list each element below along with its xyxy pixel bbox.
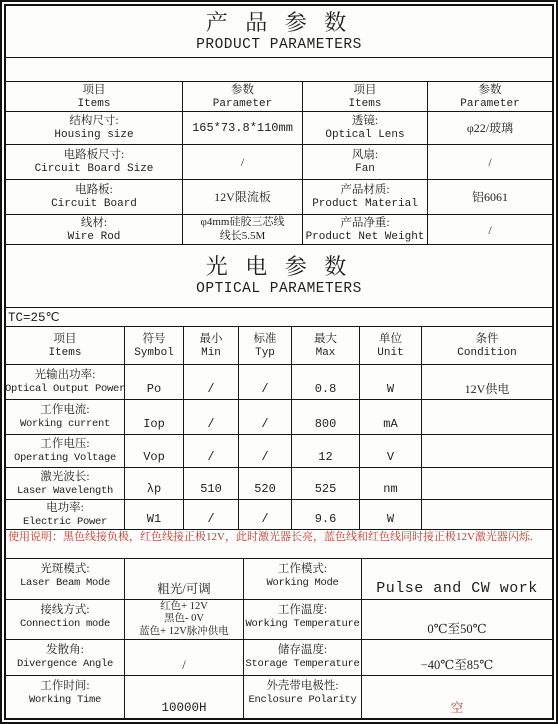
usage-note: 使用说明：黑色线接负极，红色线接正极12V，此时激光器长亮，蓝色线和红色线同时接… <box>6 530 552 559</box>
unit-value: mA <box>383 417 397 431</box>
optical-header-max: 最大 Max <box>292 327 360 365</box>
housing-size-value-cell: 165*73.8*110mm <box>183 112 303 145</box>
max-value: 9.6 <box>315 512 337 526</box>
product-header-parameter-right: 参数 Parameter <box>428 82 552 112</box>
item-label-zh: 风扇: <box>352 148 378 163</box>
item-label-zh: 电路板尺寸: <box>64 148 125 163</box>
working-mode-value-cell: Pulse and CW work <box>362 559 552 600</box>
item-label-en: Working Mode <box>266 577 338 590</box>
wire-rod-value-cell: φ4mm硅胶三芯线 线长5.5M <box>183 215 303 245</box>
product-table: 项目 Items 参数 Parameter 项目 Items 参数 Parame… <box>6 82 552 245</box>
header-label-en: Unit <box>377 347 403 360</box>
divergence-angle-value-cell: / <box>125 640 244 676</box>
header-label-en: Symbol <box>134 347 174 360</box>
optical-title-zh: 光 电 参 数 <box>206 254 353 280</box>
electric-power-condition-cell <box>422 500 552 530</box>
item-value: / <box>241 155 244 169</box>
mode-table: 光斑模式: Laser Beam Mode 粗光/可调 工作模式: Workin… <box>6 559 552 718</box>
output-power-symbol-cell: Po <box>125 365 184 400</box>
item-label-en: Storage Temperature <box>245 658 359 671</box>
working-time-value-cell: 10000H <box>125 676 244 718</box>
optical-header-condition: 条件 Condition <box>422 327 552 365</box>
item-value: φ22/玻璃 <box>467 121 513 135</box>
optical-header-min: 最小 Min <box>184 327 239 365</box>
optical-header-items: 项目 Items <box>6 327 125 365</box>
electric-power-min-cell: / <box>184 500 239 530</box>
unit-value: W <box>387 382 394 396</box>
output-power-max-cell: 0.8 <box>292 365 360 400</box>
header-label-en: Parameter <box>213 98 272 111</box>
item-value: / <box>182 658 185 672</box>
wire-rod-label-cell: 线材: Wire Rod <box>6 215 183 245</box>
product-title-en: PRODUCT PARAMETERS <box>196 36 362 54</box>
enclosure-polarity-label-cell: 外壳带电极性: Enclosure Polarity <box>244 676 362 718</box>
typ-value: / <box>261 512 268 526</box>
header-label-zh: 参数 <box>231 83 254 98</box>
item-label-zh: 储存温度: <box>278 643 327 658</box>
beam-mode-label-cell: 光斑模式: Laser Beam Mode <box>6 559 125 600</box>
wavelength-min-cell: 510 <box>184 468 239 500</box>
output-power-min-cell: / <box>184 365 239 400</box>
item-label-zh: 工作时间: <box>40 679 89 694</box>
item-label-zh: 光斑模式: <box>40 562 89 577</box>
header-label-zh: 项目 <box>54 332 77 347</box>
item-value: −40℃至85℃ <box>421 658 494 672</box>
typ-value: / <box>261 382 268 396</box>
working-current-min-cell: / <box>184 400 239 435</box>
item-value: 粗光/可调 <box>157 582 210 596</box>
item-label-zh: 产品净重: <box>340 216 389 231</box>
wavelength-label-cell: 激光波长: Laser Wavelength <box>6 468 125 500</box>
circuit-board-value-cell: 12V限流板 <box>183 180 303 215</box>
product-header-items-right: 项目 Items <box>303 82 428 112</box>
product-title-zh: 产 品 参 数 <box>206 10 353 36</box>
max-value: 525 <box>315 482 337 496</box>
product-header-items-left: 项目 Items <box>6 82 183 112</box>
max-value: 800 <box>315 417 337 431</box>
item-label-zh: 工作温度: <box>278 603 327 618</box>
header-label-en: Max <box>316 347 336 360</box>
optical-header-unit: 单位 Unit <box>360 327 422 365</box>
optical-header-typ: 标准 Typ <box>239 327 292 365</box>
operating-voltage-unit-cell: V <box>360 435 422 468</box>
item-label-en: Laser Beam Mode <box>20 577 110 590</box>
header-label-zh: 最大 <box>314 332 337 347</box>
wire-black-line: 黑色- 0V <box>164 613 204 626</box>
header-label-zh: 单位 <box>379 332 402 347</box>
working-mode-label-cell: 工作模式: Working Mode <box>244 559 362 600</box>
header-label-zh: 条件 <box>476 332 499 347</box>
item-value-line1: φ4mm硅胶三芯线 <box>201 216 285 230</box>
item-label-en: Wire Rod <box>68 231 121 244</box>
product-material-label-cell: 产品材质: Product Material <box>303 180 428 215</box>
optical-table: 项目 Items 符号 Symbol 最小 Min 标准 Typ 最大 Max … <box>6 327 552 530</box>
operating-voltage-symbol-cell: Vop <box>125 435 184 468</box>
item-label-zh: 工作模式: <box>278 562 327 577</box>
circuit-board-label-cell: 电路板: Circuit Board <box>6 180 183 215</box>
spec-sheet: 产 品 参 数 PRODUCT PARAMETERS 项目 Items 参数 P… <box>0 0 558 724</box>
item-label-zh: 电功率: <box>46 501 84 516</box>
item-label-en: Enclosure Polarity <box>248 694 356 707</box>
symbol-value: W1 <box>147 512 161 526</box>
header-label-en: Typ <box>255 347 275 360</box>
storage-temperature-label-cell: 储存温度: Storage Temperature <box>244 640 362 676</box>
electric-power-unit-cell: W <box>360 500 422 530</box>
item-value-red: 空 <box>451 701 464 715</box>
item-value: 165*73.8*110mm <box>192 121 293 135</box>
electric-power-label-cell: 电功率: Electric Power <box>6 500 125 530</box>
output-power-condition-cell: 12V供电 <box>422 365 552 400</box>
item-label-zh: 电路板: <box>75 183 113 198</box>
header-label-zh: 项目 <box>354 83 377 98</box>
circuit-board-size-label-cell: 电路板尺寸: Circuit Board Size <box>6 145 183 180</box>
item-label-zh: 透镜: <box>352 114 378 129</box>
working-current-typ-cell: / <box>239 400 292 435</box>
product-header-parameter-left: 参数 Parameter <box>183 82 303 112</box>
optical-parameters-title-block: 光 电 参 数 OPTICAL PARAMETERS <box>6 245 552 308</box>
working-current-symbol-cell: Iop <box>125 400 184 435</box>
circuit-board-size-value-cell: / <box>183 145 303 180</box>
output-power-unit-cell: W <box>360 365 422 400</box>
item-label-zh: 接线方式: <box>40 603 89 618</box>
optical-lens-value-cell: φ22/玻璃 <box>428 112 552 145</box>
symbol-value: Iop <box>143 417 165 431</box>
item-value: / <box>488 223 491 237</box>
working-current-max-cell: 800 <box>292 400 360 435</box>
item-value: Pulse and CW work <box>376 582 538 596</box>
item-value-line2: 线长5.5M <box>220 230 266 244</box>
symbol-value: λp <box>147 482 161 496</box>
item-label-en: Optical Lens <box>325 129 404 142</box>
item-label-zh: 光输出功率: <box>35 368 96 383</box>
header-label-zh: 参数 <box>479 83 502 98</box>
header-label-en: Items <box>348 98 381 111</box>
header-label-zh: 标准 <box>254 332 277 347</box>
connection-mode-label-cell: 接线方式: Connection mode <box>6 600 125 640</box>
fan-label-cell: 风扇: Fan <box>303 145 428 180</box>
item-label-en: Laser Wavelength <box>17 485 113 498</box>
wire-blue-line: 蓝色+ 12V脉冲供电 <box>139 626 229 639</box>
wavelength-condition-cell <box>422 468 552 500</box>
storage-temperature-value-cell: −40℃至85℃ <box>362 640 552 676</box>
item-label-zh: 工作电流: <box>40 403 89 418</box>
header-label-en: Min <box>201 347 221 360</box>
item-label-en: Product Net Weight <box>306 231 425 244</box>
electric-power-typ-cell: / <box>239 500 292 530</box>
header-label-zh: 符号 <box>143 332 166 347</box>
net-weight-label-cell: 产品净重: Product Net Weight <box>303 215 428 245</box>
fan-value-cell: / <box>428 145 552 180</box>
unit-value: nm <box>383 482 397 496</box>
item-label-zh: 产品材质: <box>340 183 389 198</box>
header-label-zh: 最小 <box>200 332 223 347</box>
wavelength-unit-cell: nm <box>360 468 422 500</box>
product-parameters-title-block: 产 品 参 数 PRODUCT PARAMETERS <box>6 6 552 58</box>
wavelength-max-cell: 525 <box>292 468 360 500</box>
optical-title-en: OPTICAL PARAMETERS <box>196 280 362 298</box>
item-label-zh: 外壳带电极性: <box>266 679 338 694</box>
typ-value: / <box>261 450 268 464</box>
operating-voltage-typ-cell: / <box>239 435 292 468</box>
item-label-zh: 发散角: <box>46 643 84 658</box>
unit-value: V <box>387 450 394 464</box>
connection-mode-value-cell: 红色+ 12V 黑色- 0V 蓝色+ 12V脉冲供电 <box>125 600 244 640</box>
item-label-en: Connection mode <box>20 618 110 631</box>
item-value: 12V限流板 <box>214 190 271 204</box>
electric-power-symbol-cell: W1 <box>125 500 184 530</box>
item-label-en: Fan <box>355 163 375 176</box>
symbol-value: Vop <box>143 450 165 464</box>
working-temperature-value-cell: 0℃至50℃ <box>362 600 552 640</box>
item-value: 0℃至50℃ <box>427 622 486 636</box>
min-value: / <box>207 417 214 431</box>
divergence-angle-label-cell: 发散角: Divergence Angle <box>6 640 125 676</box>
item-label-en: Product Material <box>312 198 418 211</box>
enclosure-polarity-value-cell: 空 <box>362 676 552 718</box>
working-temperature-label-cell: 工作温度: Working Temperature <box>244 600 362 640</box>
product-material-value-cell: 铝6061 <box>428 180 552 215</box>
output-power-label-cell: 光输出功率: Optical Output Power <box>6 365 125 400</box>
item-label-en: Electric Power <box>23 516 107 529</box>
item-label-en: Optical Output Power <box>6 383 125 396</box>
item-value: 铝6061 <box>472 190 508 204</box>
header-label-en: Parameter <box>460 98 519 111</box>
working-current-label-cell: 工作电流: Working current <box>6 400 125 435</box>
electric-power-max-cell: 9.6 <box>292 500 360 530</box>
operating-voltage-label-cell: 工作电压: Operating Voltage <box>6 435 125 468</box>
item-label-en: Circuit Board Size <box>35 163 154 176</box>
header-label-zh: 项目 <box>83 83 106 98</box>
working-current-condition-cell <box>422 400 552 435</box>
header-label-en: Condition <box>457 347 516 360</box>
optical-header-symbol: 符号 Symbol <box>125 327 184 365</box>
working-time-label-cell: 工作时间: Working Time <box>6 676 125 718</box>
output-power-typ-cell: / <box>239 365 292 400</box>
item-label-en: Operating Voltage <box>14 452 116 465</box>
tc-condition-row: TC=25℃ <box>6 308 552 327</box>
item-value: / <box>488 155 491 169</box>
item-label-en: Working current <box>20 418 110 431</box>
item-label-en: Working Temperature <box>245 618 359 631</box>
wavelength-typ-cell: 520 <box>239 468 292 500</box>
min-value: / <box>207 382 214 396</box>
working-current-unit-cell: mA <box>360 400 422 435</box>
item-label-zh: 激光波长: <box>40 470 89 485</box>
typ-value: 520 <box>254 482 276 496</box>
symbol-value: Po <box>147 382 161 396</box>
item-value: 10000H <box>161 701 206 715</box>
net-weight-value-cell: / <box>428 215 552 245</box>
item-label-en: Working Time <box>29 694 101 707</box>
min-value: / <box>207 450 214 464</box>
wire-red-line: 红色+ 12V <box>160 601 208 614</box>
operating-voltage-min-cell: / <box>184 435 239 468</box>
unit-value: W <box>387 512 394 526</box>
operating-voltage-condition-cell <box>422 435 552 468</box>
min-value: 510 <box>200 482 222 496</box>
item-label-en: Housing size <box>54 129 133 142</box>
item-label-en: Divergence Angle <box>17 658 113 671</box>
item-label-zh: 工作电压: <box>40 437 89 452</box>
wavelength-symbol-cell: λp <box>125 468 184 500</box>
housing-size-label-cell: 结构尺寸: Housing size <box>6 112 183 145</box>
item-label-en: Circuit Board <box>51 198 137 211</box>
optical-lens-label-cell: 透镜: Optical Lens <box>303 112 428 145</box>
max-value: 12 <box>318 450 332 464</box>
item-label-zh: 线材: <box>81 216 107 231</box>
operating-voltage-max-cell: 12 <box>292 435 360 468</box>
max-value: 0.8 <box>315 382 337 396</box>
header-label-en: Items <box>77 98 110 111</box>
condition-value: 12V供电 <box>465 382 510 396</box>
item-label-zh: 结构尺寸: <box>69 114 118 129</box>
beam-mode-value-cell: 粗光/可调 <box>125 559 244 600</box>
min-value: / <box>207 512 214 526</box>
typ-value: / <box>261 417 268 431</box>
spacer-row <box>6 58 552 82</box>
header-label-en: Items <box>48 347 81 360</box>
